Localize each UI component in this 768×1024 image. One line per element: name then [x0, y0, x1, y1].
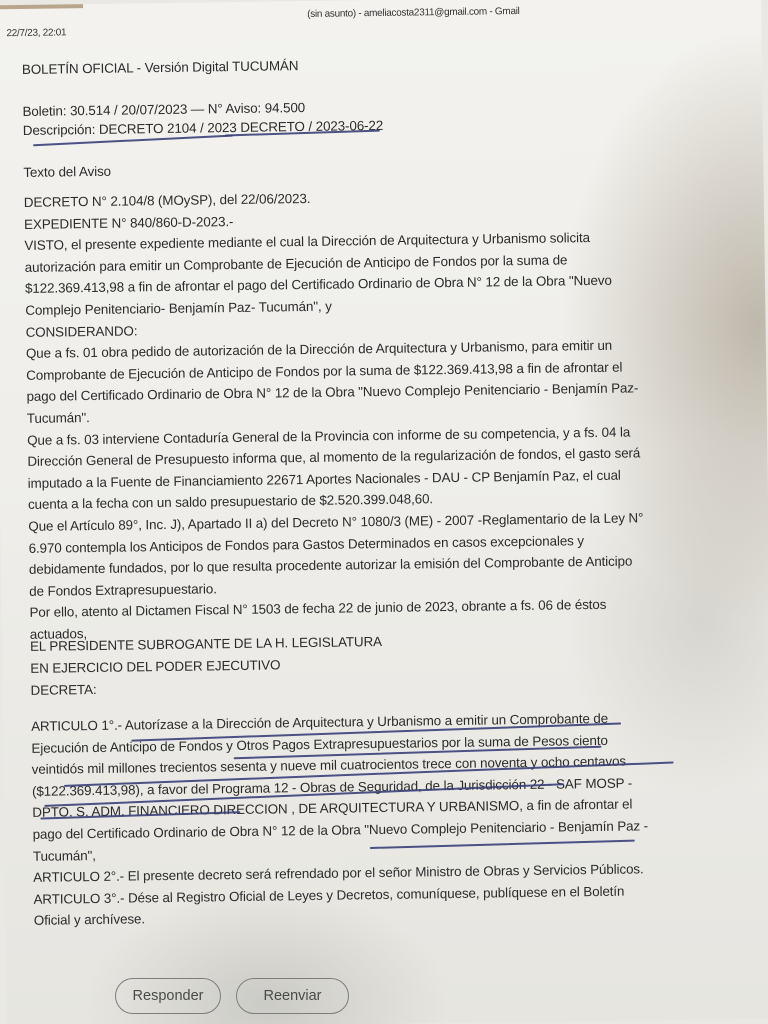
decree-line: Que a fs. 01 obra pedido de autorización… — [26, 338, 612, 361]
article-line: ($122.369.413,98), a favor del Programa … — [32, 775, 632, 798]
article-line: DPTO. S. ADM. FINANCIERO DIRECCION , DE … — [32, 797, 632, 820]
article-line: Tucumán", — [33, 848, 96, 864]
print-window-title: (sin asunto) - ameliacosta2311@gmail.com… — [307, 6, 519, 20]
print-datetime: 22/7/23, 22:01 — [6, 27, 66, 39]
decree-line: de Fondos Extrapresupuestario. — [29, 581, 217, 599]
descripcion-line: Descripción: DECRETO 2104 / 2023 DECRETO… — [23, 118, 384, 138]
page-edge — [0, 4, 83, 9]
article-line: ARTICULO 2°.- El presente decreto será r… — [33, 862, 644, 886]
decree-line: Que el Artículo 89°, Inc. J), Apartado I… — [28, 510, 643, 534]
decree-line: Tucumán". — [27, 410, 90, 426]
decree-line: $122.369.413,98 a fin de afrontar el pag… — [25, 273, 612, 296]
decree-line: debidamente fundados, por lo que resulta… — [29, 554, 633, 577]
authority-line: DECRETA: — [31, 682, 97, 698]
article-line: Oficial y archívese. — [34, 912, 145, 929]
article-line: ARTICULO 3°.- Dése al Registro Oficial d… — [33, 883, 624, 906]
decree-line: VISTO, el presente expediente mediante e… — [24, 230, 590, 253]
decree-line: 6.970 contempla los Anticipos de Fondos … — [29, 533, 584, 556]
article-line: Ejecución de Anticipo de Fondos y Otros … — [31, 732, 608, 755]
article-line: pago del Certificado Ordinario de Obra N… — [33, 818, 649, 842]
decree-line: DECRETO N° 2.104/8 (MOySP), del 22/06/20… — [24, 191, 311, 210]
decree-line: Complejo Penitenciario- Benjamín Paz- Tu… — [25, 299, 332, 318]
article-line: ARTICULO 1°.- Autorízase a la Dirección … — [31, 711, 608, 734]
reply-button[interactable]: Responder — [115, 978, 221, 1014]
decree-line: CONSIDERANDO: — [26, 323, 138, 340]
source-title: BOLETÍN OFICIAL - Versión Digital TUCUMÁ… — [22, 58, 299, 77]
articles-block: ARTICULO 1°.- Autorízase a la Dirección … — [0, 0, 761, 5]
authority-block: EL PRESIDENTE SUBROGANTE DE LA H. LEGISL… — [0, 0, 761, 5]
authority-line: EN EJERCICIO DEL PODER EJECUTIVO — [30, 657, 280, 675]
section-label: Texto del Aviso — [23, 164, 111, 180]
decree-body: DECRETO N° 2.104/8 (MOySP), del 22/06/20… — [0, 0, 761, 5]
pen-underline — [370, 840, 635, 849]
decree-line: Por ello, atento al Dictamen Fiscal N° 1… — [29, 597, 606, 620]
decree-line: Dirección General de Presupuesto informa… — [27, 446, 640, 470]
boletin-line: Boletin: 30.514 / 20/07/2023 — N° Aviso:… — [22, 100, 305, 119]
decree-line: pago del Certificado Ordinario de Obra N… — [26, 381, 638, 405]
decree-line: cuenta a la fecha con un saldo presupues… — [28, 492, 433, 513]
decree-line: Comprobante de Ejecución de Anticipo de … — [26, 359, 622, 382]
decree-line: EXPEDIENTE N° 840/860-D-2023.- — [24, 214, 233, 232]
decree-line: Que a fs. 03 interviene Contaduría Gener… — [27, 424, 630, 447]
article-line: veintidós mil millones trecientos sesent… — [32, 754, 626, 777]
decree-line: autorización para emitir un Comprobante … — [25, 252, 568, 275]
printed-email-page: 22/7/23, 22:01 (sin asunto) - ameliacost… — [0, 0, 768, 1024]
decree-line: imputado a la Fuente de Financiamiento 2… — [28, 467, 621, 490]
forward-button[interactable]: Reenviar — [236, 978, 349, 1014]
